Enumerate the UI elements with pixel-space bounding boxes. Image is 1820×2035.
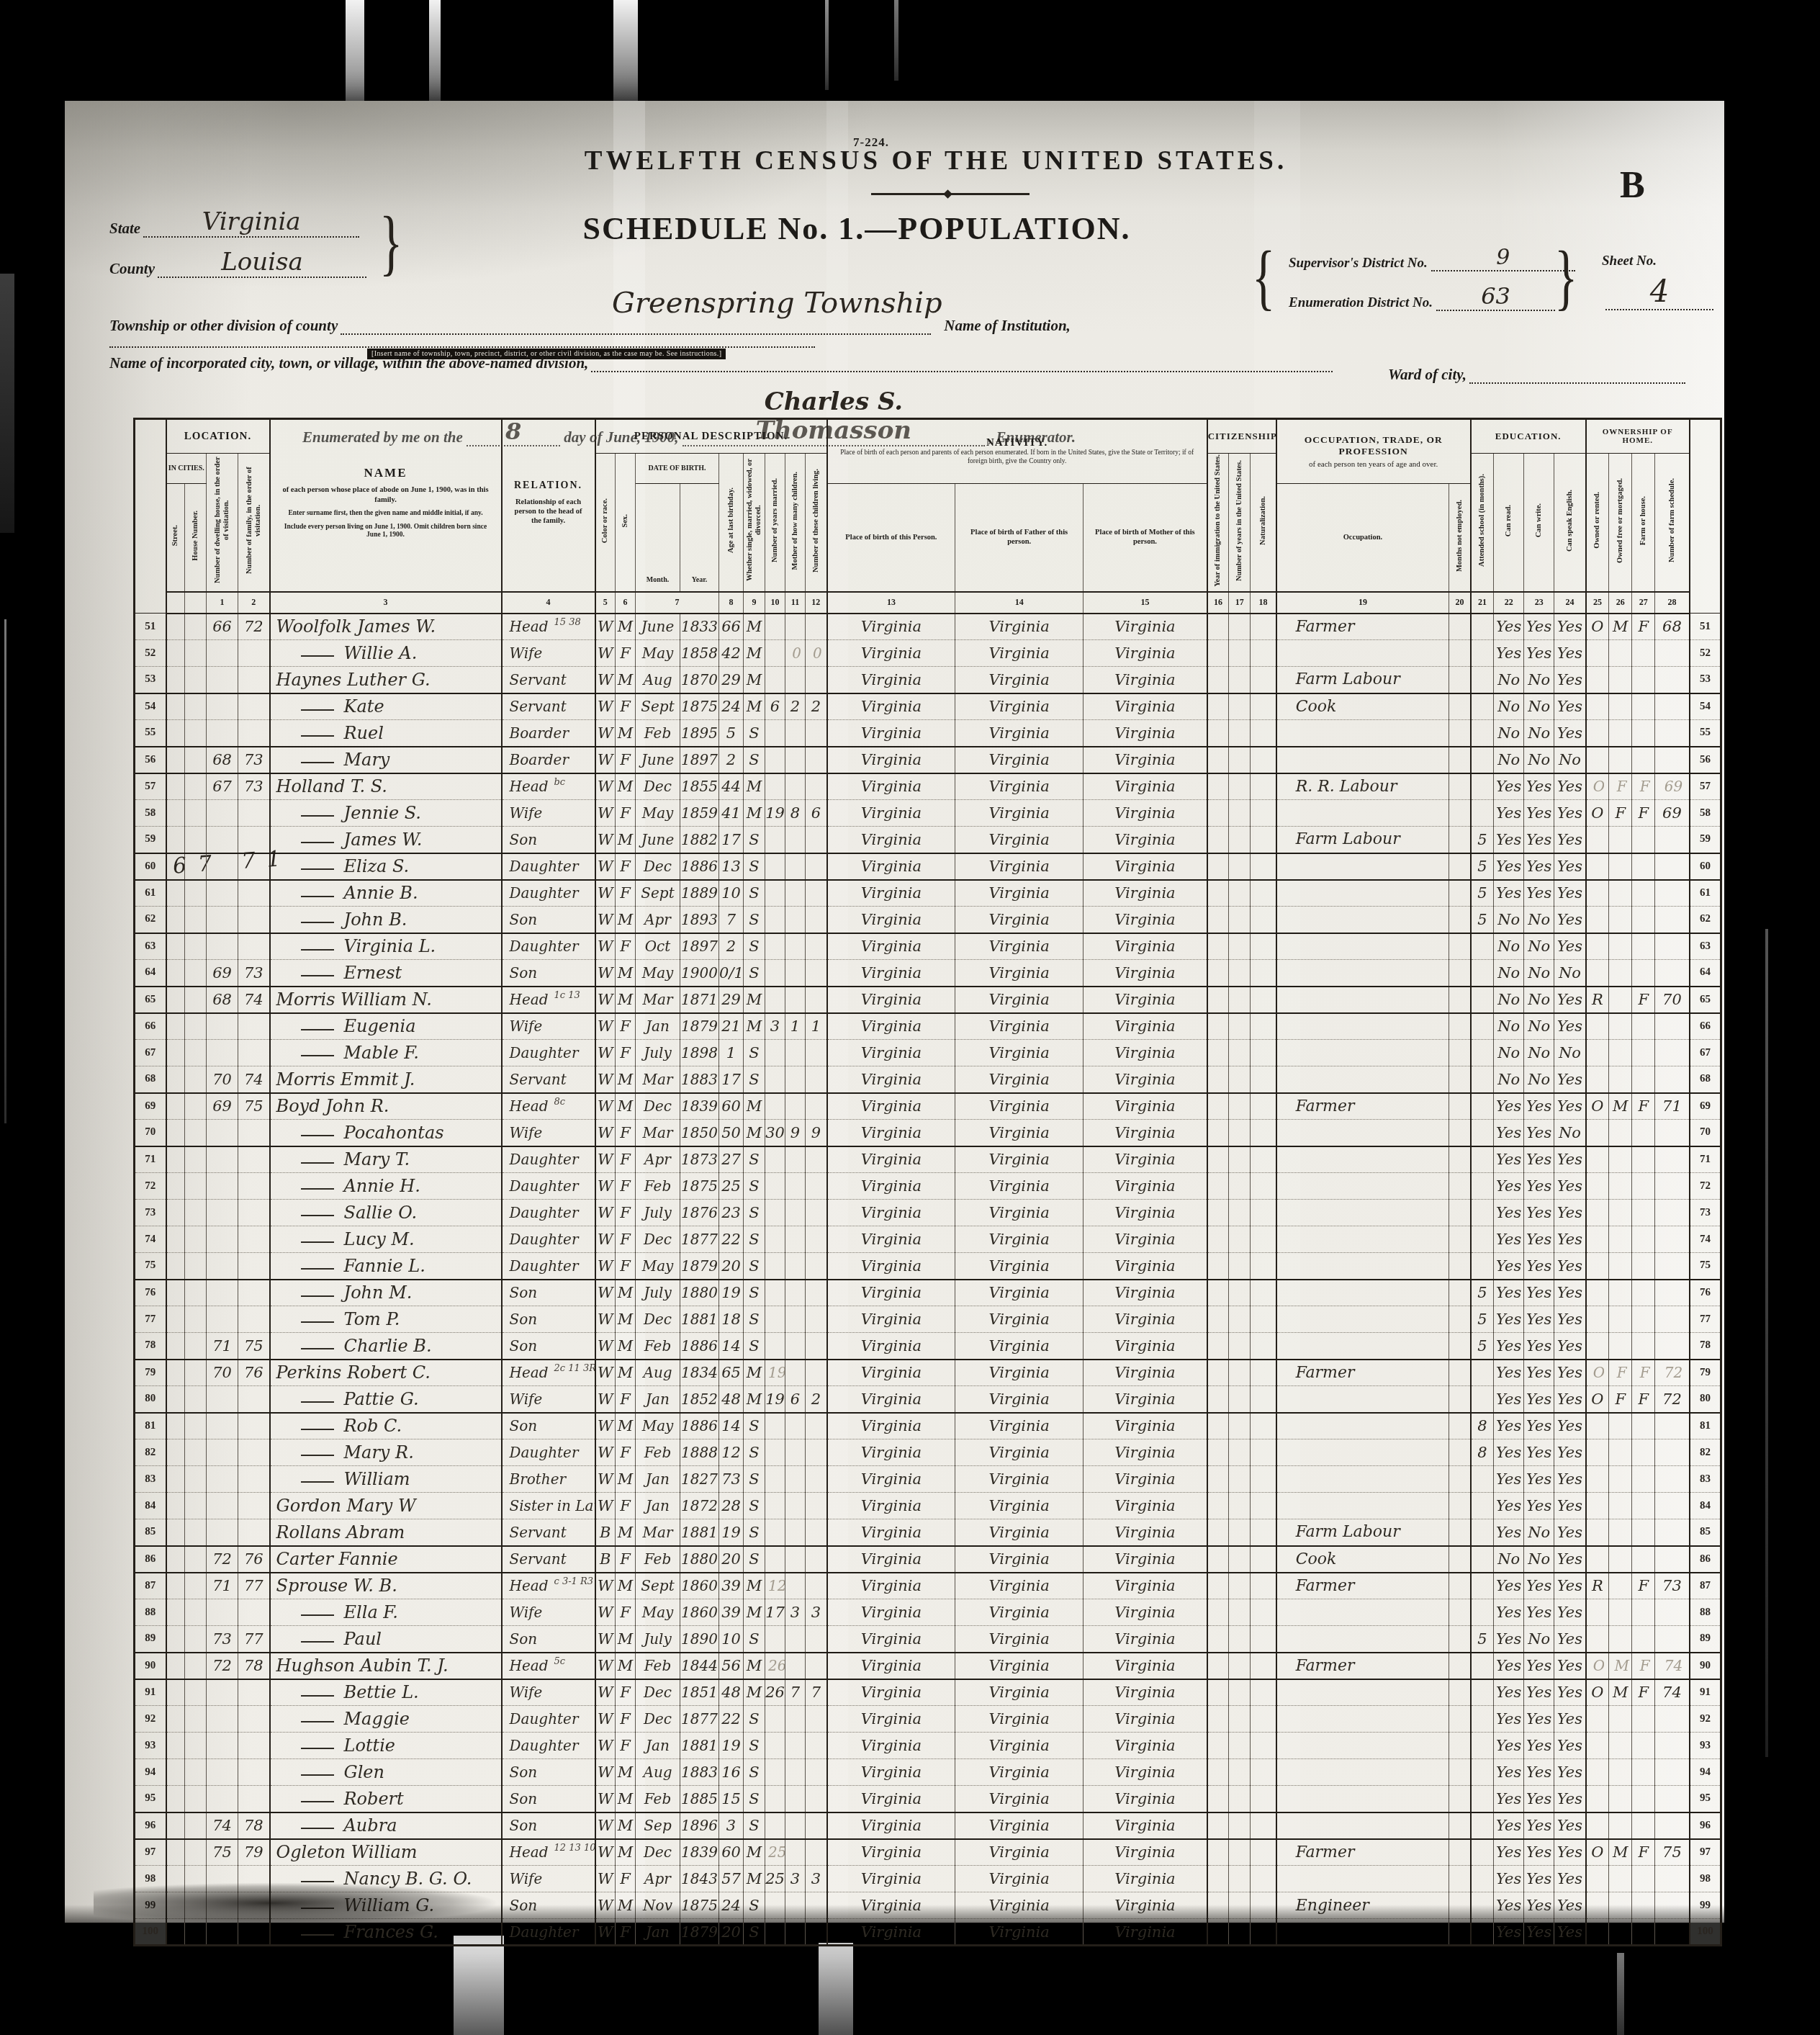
cell-en: No — [1554, 1040, 1586, 1066]
cell-month: May — [636, 1599, 680, 1626]
cell-rd: Yes — [1494, 1653, 1524, 1679]
cell-age: 19 — [719, 1280, 744, 1306]
cell-imm — [1207, 907, 1229, 933]
ditto-mark — [301, 1455, 334, 1456]
cell-fs: 72 — [1655, 1386, 1690, 1413]
cell-fm: F — [1609, 800, 1632, 827]
row-number-left: 65 — [135, 987, 166, 1013]
cell-imm — [1207, 960, 1229, 987]
row-number-left: 74 — [135, 1226, 166, 1253]
cell-nat — [1251, 1626, 1276, 1653]
cell-fm: F — [1609, 1360, 1632, 1386]
table-row: 88Ella F.WifeWFMay186039M1733VirginiaVir… — [135, 1599, 1721, 1626]
cell-fh — [1632, 1066, 1655, 1093]
cell-fm — [1609, 1120, 1632, 1146]
row-number-right: 83 — [1690, 1466, 1721, 1493]
ditto-mark — [301, 1215, 334, 1216]
cell-mne — [1449, 987, 1471, 1013]
cell-month: Aug — [636, 1759, 680, 1786]
cell-hs — [185, 1493, 207, 1519]
row-number-left: 70 — [135, 1120, 166, 1146]
cell-color: W — [595, 747, 616, 773]
cell-year: 1881 — [680, 1519, 719, 1546]
row-number-right: 100 — [1690, 1919, 1721, 1946]
cell-imm — [1207, 1413, 1229, 1439]
cell-year: 1886 — [680, 853, 719, 880]
group-personal: PERSONAL DESCRIPTION. — [595, 419, 827, 454]
table-row: 94GlenSonWMAug188316SVirginiaVirginiaVir… — [135, 1759, 1721, 1786]
cell-mne — [1449, 1733, 1471, 1759]
table-header: LOCATION. NAME of each person whose plac… — [135, 419, 1721, 614]
row-number-left: 62 — [135, 907, 166, 933]
cell-wr: Yes — [1524, 1759, 1554, 1786]
cell-st — [166, 614, 185, 640]
col-num: 13 — [827, 592, 955, 614]
cell-pbf: Virginia — [955, 933, 1084, 960]
cell-fs — [1655, 1733, 1690, 1759]
cell-fs — [1655, 1306, 1690, 1333]
cell-color: W — [595, 1413, 616, 1439]
cell-pbm: Virginia — [1084, 1919, 1207, 1946]
cell-mne — [1449, 1573, 1471, 1599]
cell-fam — [238, 1759, 270, 1786]
cell-en: Yes — [1554, 1653, 1586, 1679]
cell-pbf: Virginia — [955, 693, 1084, 720]
cell-occ — [1276, 1866, 1449, 1892]
cell-st — [166, 827, 185, 853]
row-number-left: 80 — [135, 1386, 166, 1413]
cell-en: Yes — [1554, 1812, 1586, 1839]
cell-own — [1586, 1013, 1609, 1040]
cell-yus — [1229, 1306, 1251, 1333]
state-label: State — [109, 220, 140, 237]
cell-month: May — [636, 1253, 680, 1280]
row-number-right: 53 — [1690, 667, 1721, 693]
cell-st — [166, 987, 185, 1013]
cell-hs — [185, 1333, 207, 1360]
cell-mar: M — [744, 773, 765, 800]
cell-pb: Virginia — [827, 1679, 955, 1706]
cell-en: Yes — [1554, 1333, 1586, 1360]
cell-ch: 3 — [785, 1599, 806, 1626]
cell-st — [166, 1200, 185, 1226]
group-occupation: OCCUPATION, TRADE, OR PROFESSION of each… — [1276, 419, 1471, 484]
census-title: TWELFTH CENSUS OF THE UNITED STATES. — [468, 145, 1404, 176]
cell-pbm: Virginia — [1084, 1812, 1207, 1839]
cell-rd: Yes — [1494, 1439, 1524, 1466]
cell-wr: No — [1524, 1013, 1554, 1040]
ditto-mark — [301, 735, 334, 737]
cell-fh — [1632, 1466, 1655, 1493]
cell-color: W — [595, 640, 616, 667]
cell-sex: F — [616, 1439, 636, 1466]
row-number-left: 71 — [135, 1146, 166, 1173]
cell-fm: F — [1609, 773, 1632, 800]
institution-label: Name of Institution, — [944, 317, 1071, 334]
cell-fh: F — [1632, 800, 1655, 827]
cell-mar: M — [744, 987, 765, 1013]
supervisor-value: 9 — [1496, 245, 1510, 270]
cell-name: Gordon Mary W — [270, 1493, 502, 1519]
cell-name: Pocahontas — [270, 1120, 502, 1146]
cell-wr: No — [1524, 987, 1554, 1013]
cell-ym — [765, 933, 785, 960]
cell-fm — [1609, 1413, 1632, 1439]
cell-hs — [185, 800, 207, 827]
cell-fam — [238, 1013, 270, 1040]
cell-fm — [1609, 1146, 1632, 1173]
cell-age: 12 — [719, 1439, 744, 1466]
cell-dw: 71 — [207, 1573, 238, 1599]
cell-st — [166, 773, 185, 800]
cell-rd: Yes — [1494, 1333, 1524, 1360]
cell-wr: No — [1524, 1546, 1554, 1573]
cell-pbm: Virginia — [1084, 1146, 1207, 1173]
cell-mar: S — [744, 1280, 765, 1306]
cell-sch — [1471, 1573, 1494, 1599]
row-number-left: 69 — [135, 1093, 166, 1120]
cell-year: 1879 — [680, 1919, 719, 1946]
cell-st — [166, 1146, 185, 1173]
cell-lv — [806, 827, 827, 853]
cell-name: Rollans Abram — [270, 1519, 502, 1546]
cell-occ — [1276, 1919, 1449, 1946]
cell-pbm: Virginia — [1084, 1386, 1207, 1413]
cell-rd: Yes — [1494, 1173, 1524, 1200]
cell-occ: Farmer — [1276, 1839, 1449, 1866]
cell-ch — [785, 1626, 806, 1653]
cell-hs — [185, 1360, 207, 1386]
cell-fs — [1655, 1066, 1690, 1093]
cell-en: Yes — [1554, 640, 1586, 667]
cell-fam — [238, 880, 270, 907]
cell-pb: Virginia — [827, 1333, 955, 1360]
cell-age: 7 — [719, 907, 744, 933]
cell-occ — [1276, 1733, 1449, 1759]
ditto-mark — [301, 1934, 334, 1936]
cell-month: July — [636, 1040, 680, 1066]
col-num: 19 — [1276, 592, 1449, 614]
cell-fs — [1655, 1466, 1690, 1493]
cell-age: 27 — [719, 1146, 744, 1173]
cell-fh — [1632, 1333, 1655, 1360]
ditto-mark — [301, 1295, 334, 1297]
cell-fam — [238, 800, 270, 827]
cell-fam — [238, 1120, 270, 1146]
row-number-right: 94 — [1690, 1759, 1721, 1786]
cell-pbm: Virginia — [1084, 720, 1207, 747]
cell-en: Yes — [1554, 853, 1586, 880]
cell-rel: Son — [502, 1306, 595, 1333]
cell-fh — [1632, 1866, 1655, 1892]
cell-nat — [1251, 1866, 1276, 1892]
cell-pbm: Virginia — [1084, 1599, 1207, 1626]
cell-pb: Virginia — [827, 1360, 955, 1386]
sheet-label: Sheet No. — [1602, 253, 1657, 269]
cell-wr: Yes — [1524, 1706, 1554, 1733]
cell-pbf: Virginia — [955, 1733, 1084, 1759]
cell-fm — [1609, 1226, 1632, 1253]
cell-name: Mable F. — [270, 1040, 502, 1066]
col-num: 26 — [1609, 592, 1632, 614]
cell-nat — [1251, 1919, 1276, 1946]
cell-fam — [238, 1173, 270, 1200]
cell-pbf: Virginia — [955, 1786, 1084, 1812]
cell-mar: S — [744, 1173, 765, 1200]
cell-st — [166, 853, 185, 880]
cell-mne — [1449, 1040, 1471, 1066]
cell-fam — [238, 1306, 270, 1333]
cell-ch: 7 — [785, 1679, 806, 1706]
cell-year: 1880 — [680, 1546, 719, 1573]
cell-rel: Daughter — [502, 1733, 595, 1759]
table-row: 84Gordon Mary WSister in LawWFJan187228S… — [135, 1493, 1721, 1519]
cell-fh — [1632, 1306, 1655, 1333]
cell-ym — [765, 1626, 785, 1653]
cell-pbm: Virginia — [1084, 1013, 1207, 1040]
cell-dw — [207, 1493, 238, 1519]
cell-imm — [1207, 1839, 1229, 1866]
cell-rd: Yes — [1494, 1253, 1524, 1280]
cell-fm — [1609, 1706, 1632, 1733]
cell-yus — [1229, 1866, 1251, 1892]
cell-mne — [1449, 1679, 1471, 1706]
cell-nat — [1251, 880, 1276, 907]
cell-mne — [1449, 1253, 1471, 1280]
census-rows: 516672Woolfolk James W.Head15 38WMJune18… — [135, 614, 1721, 1946]
cell-ch — [785, 1706, 806, 1733]
cell-occ — [1276, 1493, 1449, 1519]
table-row: 977579Ogleton WilliamHead12 13 10WMDec18… — [135, 1839, 1721, 1866]
cell-en: Yes — [1554, 1599, 1586, 1626]
cell-fs — [1655, 1333, 1690, 1360]
cell-fs — [1655, 1280, 1690, 1306]
col-num: 17 — [1229, 592, 1251, 614]
cell-wr: Yes — [1524, 614, 1554, 640]
cell-pbf: Virginia — [955, 1066, 1084, 1093]
cell-sch — [1471, 720, 1494, 747]
cell-fam — [238, 640, 270, 667]
cell-yus — [1229, 720, 1251, 747]
cell-pbf: Virginia — [955, 1866, 1084, 1892]
table-row: 907278Hughson Aubin T. J.Head5cWMFeb1844… — [135, 1653, 1721, 1679]
cell-sch — [1471, 1253, 1494, 1280]
cell-nat — [1251, 1439, 1276, 1466]
cell-yus — [1229, 1093, 1251, 1120]
cell-imm — [1207, 1812, 1229, 1839]
row-number-right: 73 — [1690, 1200, 1721, 1226]
cell-yus — [1229, 667, 1251, 693]
cell-color: W — [595, 1733, 616, 1759]
table-row: 76John M.SonWMJuly188019SVirginiaVirgini… — [135, 1280, 1721, 1306]
cell-own — [1586, 1200, 1609, 1226]
cell-sex: M — [616, 827, 636, 853]
cell-en: Yes — [1554, 907, 1586, 933]
cell-occ — [1276, 1466, 1449, 1493]
row-number-right: 68 — [1690, 1066, 1721, 1093]
cell-name: Willie A. — [270, 640, 502, 667]
cell-sex: F — [616, 1386, 636, 1413]
cell-sex: M — [616, 1759, 636, 1786]
cell-occ — [1276, 1812, 1449, 1839]
cell-color: W — [595, 773, 616, 800]
cell-mar: S — [744, 720, 765, 747]
cell-sex: F — [616, 1546, 636, 1573]
cell-year: 1890 — [680, 1626, 719, 1653]
cell-nat — [1251, 827, 1276, 853]
cell-sch — [1471, 1653, 1494, 1679]
cell-pbf: Virginia — [955, 1120, 1084, 1146]
cell-st — [166, 1653, 185, 1679]
row-number-left: 61 — [135, 880, 166, 907]
cell-occ: Farmer — [1276, 1360, 1449, 1386]
cell-en: Yes — [1554, 1066, 1586, 1093]
tally-mark: 15 38 — [554, 617, 581, 628]
cell-ym — [765, 640, 785, 667]
cell-sch: 5 — [1471, 880, 1494, 907]
cell-year: 1883 — [680, 1066, 719, 1093]
cell-pb: Virginia — [827, 1573, 955, 1599]
cell-fs: 70 — [1655, 987, 1690, 1013]
cell-fs — [1655, 1706, 1690, 1733]
ditto-mark — [301, 868, 334, 870]
cell-lv — [806, 747, 827, 773]
cell-mne — [1449, 1439, 1471, 1466]
col-num: 20 — [1449, 592, 1471, 614]
cell-mne — [1449, 1493, 1471, 1519]
cell-st — [166, 1519, 185, 1546]
cell-nat — [1251, 1786, 1276, 1812]
cell-pbm: Virginia — [1084, 853, 1207, 880]
pencil-annotation: 19 — [768, 1364, 785, 1381]
cell-own — [1586, 1919, 1609, 1946]
row-number-left: 56 — [135, 747, 166, 773]
row-number-left: 55 — [135, 720, 166, 747]
supervisor-line: Supervisor's District No. 9 — [1289, 245, 1575, 271]
cell-st — [166, 1173, 185, 1200]
cell-hs — [185, 1146, 207, 1173]
cell-fs: 71 — [1655, 1093, 1690, 1120]
col-num: 10 — [765, 592, 785, 614]
cell-pb: Virginia — [827, 1466, 955, 1493]
cell-imm — [1207, 1786, 1229, 1812]
cell-color: W — [595, 853, 616, 880]
cell-fm — [1609, 1759, 1632, 1786]
cell-hs — [185, 1306, 207, 1333]
cell-sex: F — [616, 1679, 636, 1706]
cell-own: O — [1586, 1653, 1609, 1679]
cell-sex: M — [616, 667, 636, 693]
cell-year: 1876 — [680, 1200, 719, 1226]
cell-pbm: Virginia — [1084, 1466, 1207, 1493]
cell-sex: M — [616, 1360, 636, 1386]
row-number-right: 76 — [1690, 1280, 1721, 1306]
col-read-header: Can read. — [1494, 454, 1524, 592]
cell-yus — [1229, 1653, 1251, 1679]
cell-mar: S — [744, 1253, 765, 1280]
cell-hs — [185, 827, 207, 853]
row-number-right: 64 — [1690, 960, 1721, 987]
cell-ym — [765, 1919, 785, 1946]
cell-color: W — [595, 1173, 616, 1200]
cell-pbf: Virginia — [955, 1253, 1084, 1280]
film-streak — [894, 0, 898, 81]
cell-color: W — [595, 960, 616, 987]
group-nativity: NATIVITY. Place of birth of each person … — [827, 419, 1207, 484]
col-num: 23 — [1524, 592, 1554, 614]
group-citizenship: CITIZENSHIP. — [1207, 419, 1276, 454]
cell-fm — [1609, 1280, 1632, 1306]
cell-pbm: Virginia — [1084, 1733, 1207, 1759]
cell-age: 25 — [719, 1173, 744, 1200]
cell-imm — [1207, 720, 1229, 747]
cell-pb: Virginia — [827, 1173, 955, 1200]
cell-ch — [785, 880, 806, 907]
cell-hs — [185, 1413, 207, 1439]
cell-sch — [1471, 747, 1494, 773]
cell-dw — [207, 933, 238, 960]
cell-fm — [1609, 1599, 1632, 1626]
cell-pb: Virginia — [827, 667, 955, 693]
cell-dw: 70 — [207, 1360, 238, 1386]
cell-ym — [765, 880, 785, 907]
cell-yus — [1229, 1200, 1251, 1226]
cell-color: W — [595, 1280, 616, 1306]
cell-pbm: Virginia — [1084, 1839, 1207, 1866]
cell-fs: 69 — [1655, 800, 1690, 827]
cell-name: Aubra — [270, 1812, 502, 1839]
cell-rd: Yes — [1494, 1413, 1524, 1439]
cell-pb: Virginia — [827, 1626, 955, 1653]
cell-sch — [1471, 1679, 1494, 1706]
table-row: 867276Carter FannieServantBFFeb188020SVi… — [135, 1546, 1721, 1573]
cell-imm — [1207, 1733, 1229, 1759]
cell-wr: Yes — [1524, 1120, 1554, 1146]
cell-ym — [765, 1706, 785, 1733]
cell-dw: 69 — [207, 1093, 238, 1120]
cell-year: 1873 — [680, 1146, 719, 1173]
cell-imm — [1207, 1200, 1229, 1226]
cell-yus — [1229, 1439, 1251, 1466]
cell-fs: 72 — [1655, 1360, 1690, 1386]
cell-ch — [785, 1919, 806, 1946]
cell-name: Robert — [270, 1786, 502, 1812]
cell-fam — [238, 1040, 270, 1066]
cell-en: Yes — [1554, 1413, 1586, 1439]
cell-month: Feb — [636, 1333, 680, 1360]
cell-fam — [238, 1439, 270, 1466]
county-line: County Louisa — [109, 248, 366, 278]
cell-fam — [238, 1679, 270, 1706]
cell-pbm: Virginia — [1084, 1866, 1207, 1892]
cell-own — [1586, 907, 1609, 933]
cell-color: W — [595, 1306, 616, 1333]
row-number-right: 80 — [1690, 1386, 1721, 1413]
cell-yus — [1229, 773, 1251, 800]
cell-pbf: Virginia — [955, 1653, 1084, 1679]
table-row: 63Virginia L.DaughterWFOct18972SVirginia… — [135, 933, 1721, 960]
cell-color: W — [595, 1706, 616, 1733]
cell-fs — [1655, 827, 1690, 853]
cell-lv — [806, 853, 827, 880]
cell-mar: S — [744, 1759, 765, 1786]
cell-en: Yes — [1554, 1626, 1586, 1653]
cell-sex: F — [616, 1200, 636, 1226]
cell-lv: 2 — [806, 693, 827, 720]
cell-year: 1860 — [680, 1599, 719, 1626]
cell-hs — [185, 1519, 207, 1546]
cell-ch — [785, 1839, 806, 1866]
